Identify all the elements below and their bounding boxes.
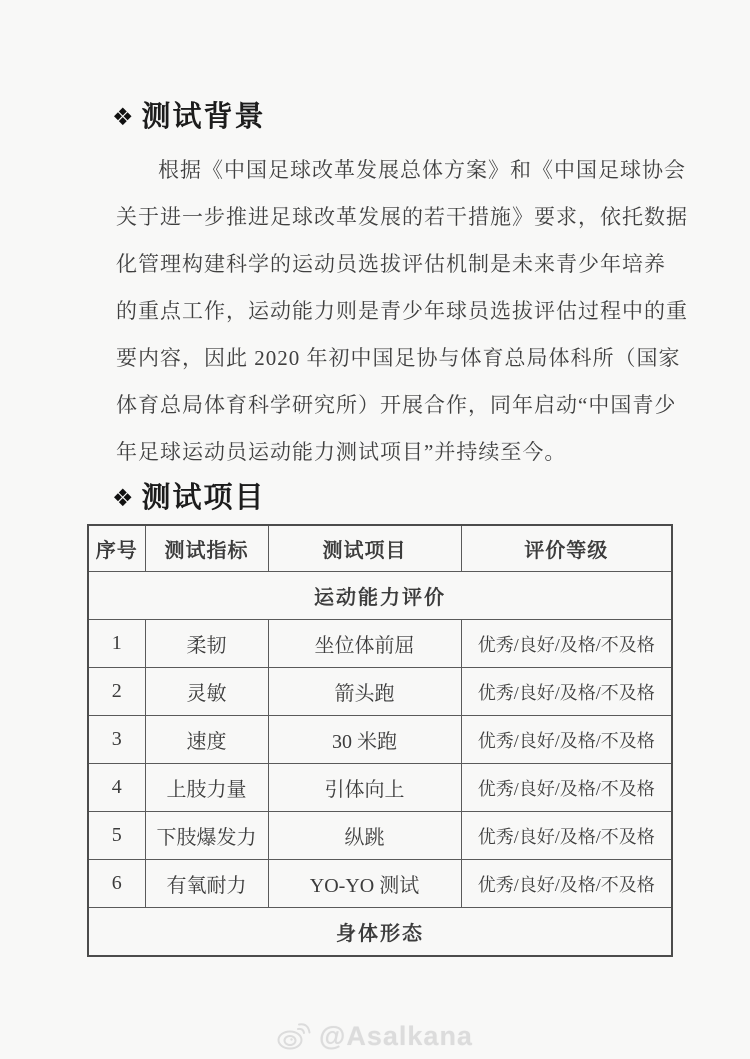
table-cell: 优秀/良好/及格/不及格 <box>461 812 672 860</box>
table-section-row: 运动能力评价 <box>88 572 672 620</box>
weibo-icon <box>277 1021 311 1051</box>
table-row: 6 有氧耐力 YO-YO 测试 优秀/良好/及格/不及格 <box>88 860 672 908</box>
table-cell: 6 <box>88 860 145 908</box>
table-cell: 引体向上 <box>268 764 461 812</box>
section-label: 运动能力评价 <box>88 572 672 620</box>
table-cell: 1 <box>88 620 145 668</box>
watermark: @Asalkana <box>0 1016 750 1056</box>
table-cell: 3 <box>88 716 145 764</box>
table-row: 3 速度 30 米跑 优秀/良好/及格/不及格 <box>88 716 672 764</box>
paragraph-line: 化管理构建科学的运动员选拔评估机制是未来青少年培养 <box>116 241 656 288</box>
table-cell: 速度 <box>145 716 268 764</box>
column-header-item: 测试项目 <box>268 525 461 572</box>
column-header-indicator: 测试指标 <box>145 525 268 572</box>
diamond-bullet-icon: ❖ <box>112 98 136 136</box>
test-items-table: 序号 测试指标 测试项目 评价等级 运动能力评价 1 柔韧 坐位体前屈 优秀/良… <box>87 524 673 957</box>
diamond-bullet-icon: ❖ <box>112 479 136 517</box>
table-cell: 优秀/良好/及格/不及格 <box>461 860 672 908</box>
table-cell: 2 <box>88 668 145 716</box>
column-header-grade: 评价等级 <box>461 525 672 572</box>
table-row: 5 下肢爆发力 纵跳 优秀/良好/及格/不及格 <box>88 812 672 860</box>
table-cell: 30 米跑 <box>268 716 461 764</box>
section-label: 身体形态 <box>88 908 672 957</box>
table-cell: 箭头跑 <box>268 668 461 716</box>
paragraph-line: 要内容，因此 2020 年初中国足协与体育总局体科所（国家 <box>116 335 656 382</box>
table-cell: YO-YO 测试 <box>268 860 461 908</box>
table-cell: 坐位体前屈 <box>268 620 461 668</box>
table-cell: 柔韧 <box>145 620 268 668</box>
table-header-row: 序号 测试指标 测试项目 评价等级 <box>88 525 672 572</box>
table-cell: 4 <box>88 764 145 812</box>
paragraph-line: 根据《中国足球改革发展总体方案》和《中国足球协会 <box>116 147 656 194</box>
table-row: 2 灵敏 箭头跑 优秀/良好/及格/不及格 <box>88 668 672 716</box>
table-row: 4 上肢力量 引体向上 优秀/良好/及格/不及格 <box>88 764 672 812</box>
paragraph-line: 的重点工作，运动能力则是青少年球员选拔评估过程中的重 <box>116 288 656 335</box>
table-cell: 上肢力量 <box>145 764 268 812</box>
section-heading-background: ❖ 测试背景 <box>112 98 266 136</box>
section-heading-items: ❖ 测试项目 <box>112 479 266 517</box>
table-cell: 优秀/良好/及格/不及格 <box>461 764 672 812</box>
table-cell: 优秀/良好/及格/不及格 <box>461 716 672 764</box>
table-cell: 5 <box>88 812 145 860</box>
background-paragraph: 根据《中国足球改革发展总体方案》和《中国足球协会 关于进一步推进足球改革发展的若… <box>116 147 656 476</box>
paragraph-line: 体育总局体育科学研究所）开展合作，同年启动“中国青少 <box>116 382 656 429</box>
heading-text: 测试背景 <box>142 98 266 136</box>
document-page: ❖ 测试背景 根据《中国足球改革发展总体方案》和《中国足球协会 关于进一步推进足… <box>0 0 750 1059</box>
table-row: 1 柔韧 坐位体前屈 优秀/良好/及格/不及格 <box>88 620 672 668</box>
watermark-handle: @Asalkana <box>319 1021 473 1052</box>
table-cell: 下肢爆发力 <box>145 812 268 860</box>
table-cell: 灵敏 <box>145 668 268 716</box>
table-cell: 纵跳 <box>268 812 461 860</box>
table-section-row: 身体形态 <box>88 908 672 957</box>
column-header-index: 序号 <box>88 525 145 572</box>
paragraph-line: 年足球运动员运动能力测试项目”并持续至今。 <box>116 429 656 476</box>
table-cell: 有氧耐力 <box>145 860 268 908</box>
table-cell: 优秀/良好/及格/不及格 <box>461 668 672 716</box>
heading-text: 测试项目 <box>142 479 266 517</box>
paragraph-line: 关于进一步推进足球改革发展的若干措施》要求，依托数据 <box>116 194 656 241</box>
table-cell: 优秀/良好/及格/不及格 <box>461 620 672 668</box>
